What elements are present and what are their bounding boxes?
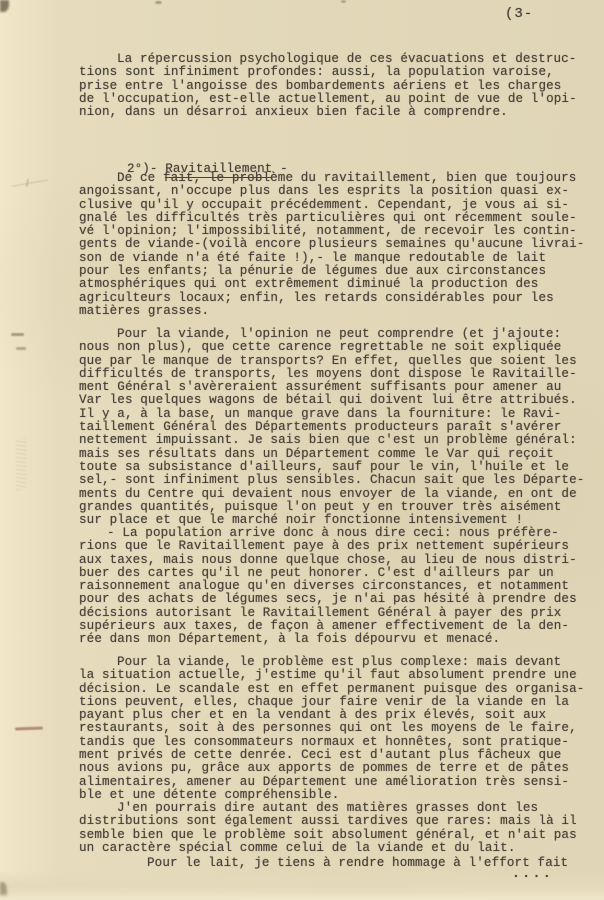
paragraph-lait-hommage: Pour le lait, je tiens à rendre hommage … bbox=[79, 857, 568, 870]
scanned-document-page: (3- La répercussion psychologique de ces… bbox=[0, 0, 604, 900]
paragraph-viande-transports: Pour la viande, l'opinion ne peut compre… bbox=[79, 328, 584, 527]
paragraph-matieres-grasses: J'en pourrais dire autant des matières g… bbox=[79, 802, 577, 855]
paragraph-population-prix: - La population arrive donc à nous dire … bbox=[79, 527, 577, 647]
margin-scuff-mark bbox=[16, 438, 26, 490]
pencil-dash-mark bbox=[16, 347, 26, 350]
red-pencil-dash bbox=[15, 727, 43, 731]
paragraph-ravitaillement-problem: De ce fait, le problème du ravitaillemen… bbox=[79, 172, 584, 318]
paragraph-viande-scandale: Pour la viande, le problème est plus com… bbox=[79, 656, 584, 802]
continuation-dots: .... bbox=[512, 866, 553, 881]
typewritten-text-block: La répercussion psychologique de ces éva… bbox=[79, 0, 591, 900]
corner-ink-smudge bbox=[0, 882, 7, 896]
corner-ink-smudge bbox=[0, 0, 9, 12]
pencil-scribble-mark bbox=[12, 179, 48, 187]
paragraph-psychological-repercussion: La répercussion psychologique de ces éva… bbox=[79, 53, 577, 119]
pencil-dash-mark bbox=[11, 333, 24, 336]
